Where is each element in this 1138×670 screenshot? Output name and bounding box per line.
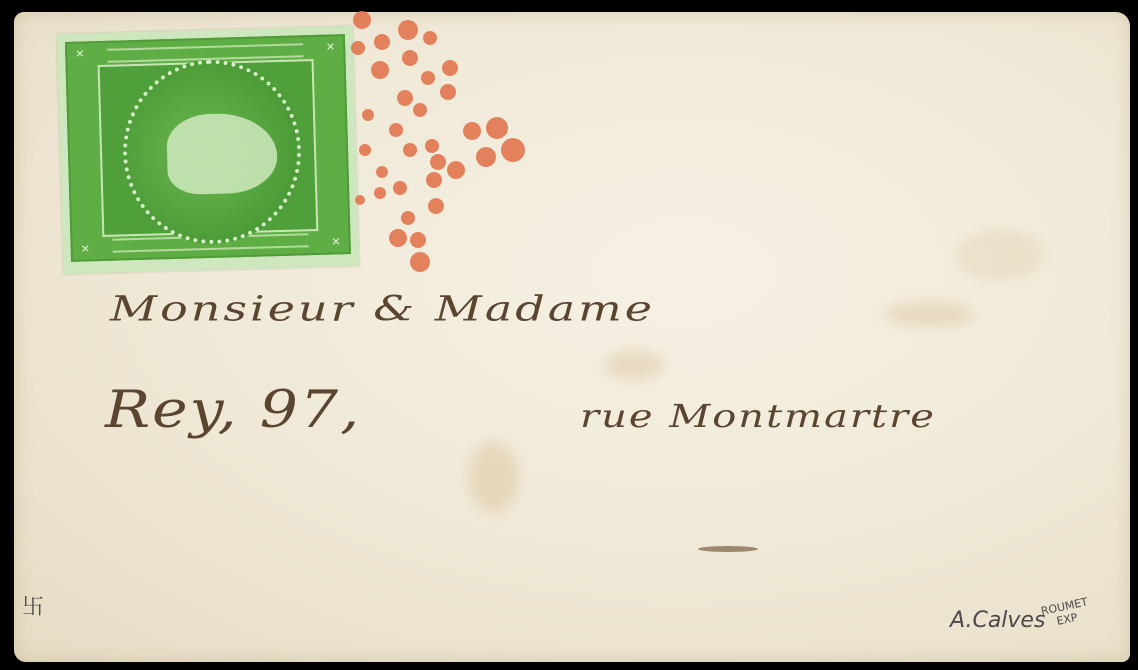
- cancel-dot: [362, 109, 374, 121]
- stain: [954, 230, 1044, 280]
- cancel-dot: [355, 195, 365, 205]
- cancel-dot: [442, 60, 458, 76]
- cancel-dot: [421, 71, 435, 85]
- corner-x-icon: ✕: [326, 40, 336, 53]
- expert-signature: A.Calves: [950, 608, 1045, 633]
- corner-x-icon: ✕: [331, 235, 341, 248]
- cancel-dot: [359, 144, 371, 156]
- cancel-dot: [401, 211, 415, 225]
- cancel-dot: [374, 187, 386, 199]
- manuscript-mark: 卐: [22, 590, 44, 621]
- stain: [469, 442, 519, 512]
- cancel-dot: [486, 117, 508, 139]
- cancel-dot: [371, 61, 389, 79]
- corner-x-icon: ✕: [81, 242, 91, 255]
- postage-stamp: ✕ ✕ ✕ ✕ ·5·C·POSTES·5·C· ·EMPIRE·FRANC·: [57, 26, 360, 274]
- stamp-inner-frame: [98, 59, 319, 237]
- cancel-dot: [423, 31, 437, 45]
- cancel-dot: [389, 229, 407, 247]
- stamp-design: ✕ ✕ ✕ ✕ ·5·C·POSTES·5·C· ·EMPIRE·FRANC·: [65, 34, 351, 262]
- cancel-dot: [463, 122, 481, 140]
- cancel-dot: [376, 166, 388, 178]
- cancel-dot: [410, 252, 430, 272]
- stain: [884, 302, 974, 326]
- cancel-dot: [398, 20, 418, 40]
- underline-stroke: [698, 546, 758, 552]
- cancel-dot: [447, 161, 465, 179]
- address-line-2-street: rue Montmartre: [580, 398, 936, 435]
- stain: [604, 350, 664, 380]
- portrait-head-icon: [166, 112, 278, 195]
- cancel-dot: [430, 154, 446, 170]
- cancel-dot: [476, 147, 496, 167]
- cancel-dot: [374, 34, 390, 50]
- cancel-dot: [403, 143, 417, 157]
- cancel-dot: [426, 172, 442, 188]
- corner-x-icon: ✕: [75, 47, 85, 60]
- cancel-dot: [440, 84, 456, 100]
- cancel-dot: [397, 90, 413, 106]
- cancel-dot: [501, 138, 525, 162]
- cancel-dot: [351, 41, 365, 55]
- cancel-dot: [425, 139, 439, 153]
- cancel-dot: [402, 50, 418, 66]
- cancel-dot: [353, 11, 371, 29]
- address-line-1: Monsieur & Madame: [110, 288, 655, 329]
- cancel-dot: [393, 181, 407, 195]
- cancel-dot: [413, 103, 427, 117]
- stamp-medallion: [121, 57, 304, 246]
- cancel-dot: [389, 123, 403, 137]
- address-line-2-name: Rey, 97,: [105, 380, 361, 440]
- cancel-dot: [428, 198, 444, 214]
- cancel-dot: [410, 232, 426, 248]
